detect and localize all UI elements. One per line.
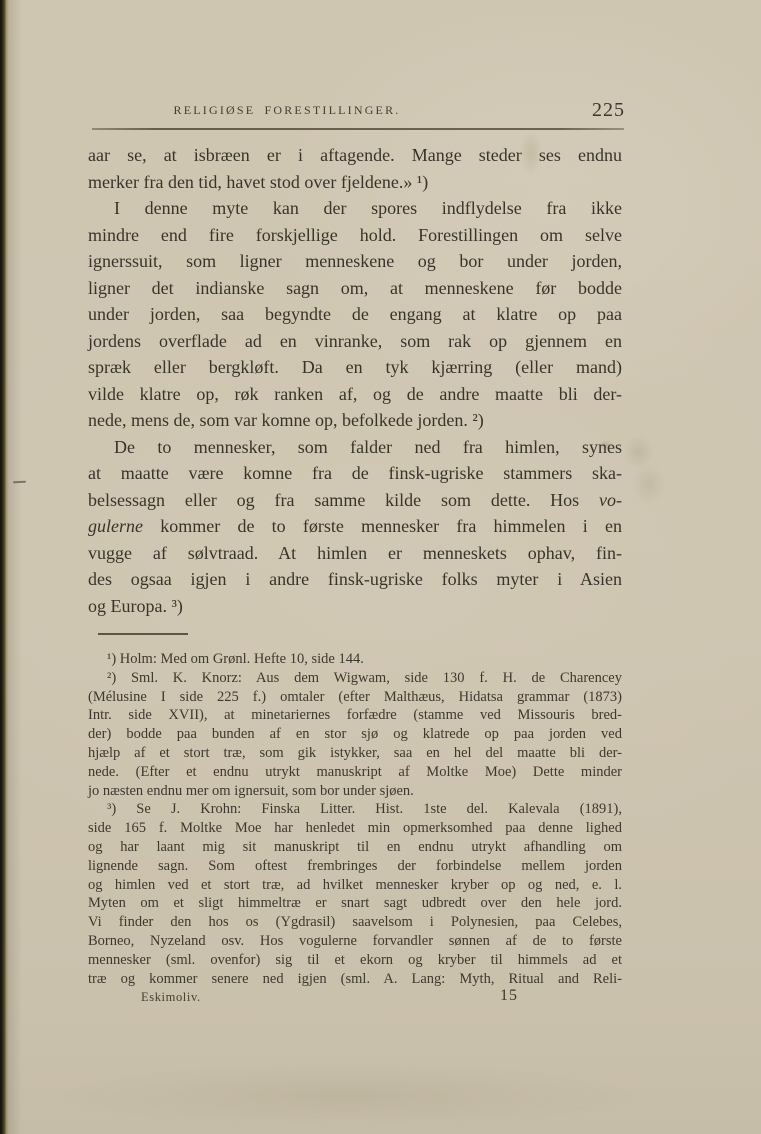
text-line: nede. (Efter et endnu utrykt manuskript … (88, 763, 622, 782)
text-line: under jorden, saa begyndte de engang at … (88, 301, 622, 328)
text-line: jo næsten endnu mer om ignersuit, som bo… (88, 782, 622, 801)
text-line: ¹) Holm: Med om Grønl. Hefte 10, side 14… (88, 650, 622, 669)
text-line: og himlen ved et stort træ, ad hvilket m… (88, 876, 622, 895)
text-line: Intr. side XVII), at minetariernes forfæ… (88, 706, 622, 725)
paper-stain (60, 1040, 700, 1120)
text-line: hjælp af et stort træ, som gik istykker,… (88, 744, 622, 763)
page-number: 225 (555, 99, 625, 122)
running-title: RELIGIØSE FORESTILLINGER. (92, 103, 482, 118)
text-line: I denne myte kan der spores indflydelse … (88, 195, 622, 222)
book-page: RELIGIØSE FORESTILLINGER. 225 aar se, at… (0, 0, 761, 1134)
text-line: ignerssuit, som ligner menneskene og bor… (88, 248, 622, 275)
text-line: ²) Sml. K. Knorz: Aus dem Wigwam, side 1… (88, 669, 622, 688)
text-line: lignende sagn. Som oftest frembringes de… (88, 857, 622, 876)
text-line: Vi finder den hos os (Ygdrasil) saavelso… (88, 913, 622, 932)
text-line: mennesker (sml. ovenfor) sig til et ekor… (88, 951, 622, 970)
text-line: ³) Se J. Krohn: Finska Litter. Hist. 1st… (88, 800, 622, 819)
text-line: des ogsaa igjen i andre finsk-ugriske fo… (88, 566, 622, 593)
text-line: (Mélusine I side 225 f.) omtaler (efter … (88, 688, 622, 707)
text-line: spræk eller bergkløft. Da en tyk kjærrin… (88, 354, 622, 381)
text-line: ligner det indianske sagn om, at mennesk… (88, 275, 622, 302)
margin-pencil-mark (13, 481, 26, 484)
text-line: jordens overflade ad en vinranke, som ra… (88, 328, 622, 355)
footnote-separator-rule (98, 633, 188, 635)
text-line: vugge af sølvtraad. At himlen er mennesk… (88, 540, 622, 567)
text-line: Borneo, Nyzeland osv. Hos vogulerne forv… (88, 932, 622, 951)
text-line: nede, mens de, som var komne op, befolke… (88, 407, 622, 434)
footnotes: ¹) Holm: Med om Grønl. Hefte 10, side 14… (88, 650, 622, 988)
signature-number: 15 (500, 987, 518, 1005)
text-line: at maatte være komne fra de finsk-ugrisk… (88, 460, 622, 487)
text-line: og har laant mig sit manuskript til en e… (88, 838, 622, 857)
text-line: træ og kommer senere ned igjen (sml. A. … (88, 970, 622, 989)
text-line: vilde klatre op, røk ranken af, og de an… (88, 381, 622, 408)
main-text: aar se, at isbræen er i aftagende. Mange… (88, 142, 622, 619)
text-line: og Europa. ³) (88, 593, 622, 620)
text-line: De to mennesker, som falder ned fra himl… (88, 434, 622, 461)
paper-stain (618, 428, 670, 508)
text-line: side 165 f. Moltke Moe har henledet min … (88, 819, 622, 838)
text-line: Myten om et sligt himmeltræ er snart sag… (88, 894, 622, 913)
text-line: der) bodde paa bunden af en stor sjø og … (88, 725, 622, 744)
book-spine-shadow (4, 0, 22, 1134)
catchword: Eskimoliv. (141, 990, 201, 1005)
text-line: mindre end fire forskjellige hold. Fores… (88, 222, 622, 249)
header-rule (92, 128, 624, 130)
text-line: merker fra den tid, havet stod over fjel… (88, 169, 622, 196)
text-line: aar se, at isbræen er i aftagende. Mange… (88, 142, 622, 169)
text-line: gulerne kommer de to første mennesker fr… (88, 513, 622, 540)
text-line: belsessagn eller og fra samme kilde som … (88, 487, 622, 514)
